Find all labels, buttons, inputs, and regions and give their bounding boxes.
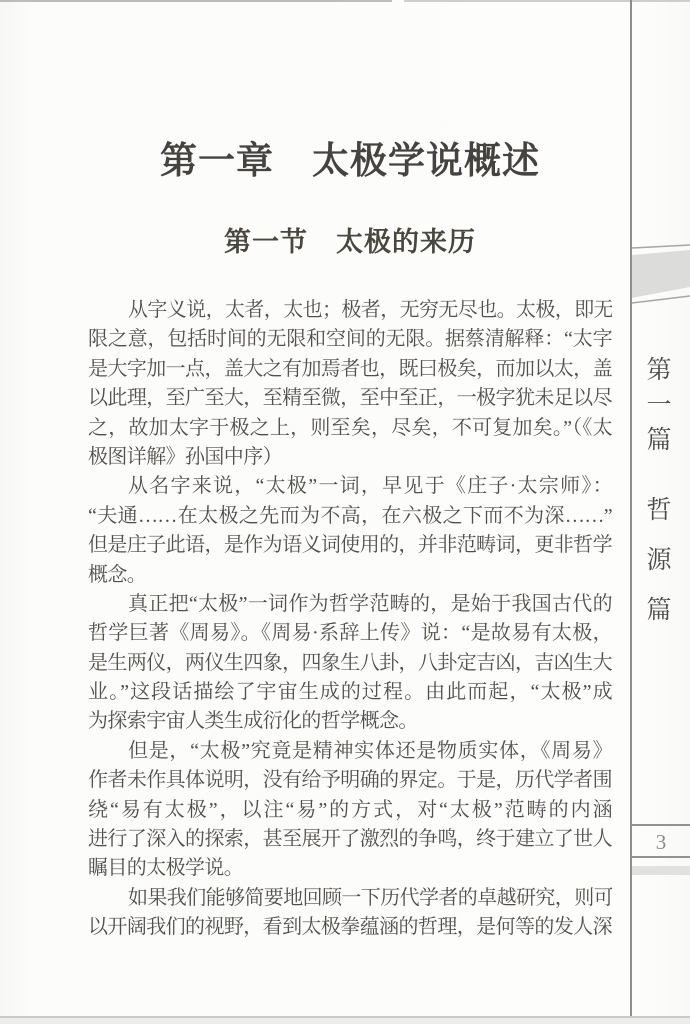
page-top-edge [404, 0, 690, 2]
part-label-char: 哲 [645, 498, 673, 524]
margin-divider-line [630, 0, 632, 1016]
margin-decoration-band [632, 243, 690, 305]
page-number-bar [632, 866, 690, 875]
body-text-line: 之，故加太字于极之上，则至矣，尽矣，不可复加矣。”（《太 [88, 414, 612, 443]
body-text: 从字义说，太者，太也；极者，无穷无尽也。太极，即无限之意，包括时间的无限和空间的… [88, 296, 612, 943]
body-text-line: 绕“易有太极”，以注“易”的方式，对“太极”范畴的内涵 [88, 796, 612, 825]
part-label-char: 篇 [645, 428, 673, 454]
page-number: 3 [632, 828, 690, 856]
section-title: 第一节 太极的来历 [88, 220, 612, 259]
page-number-rule-top [632, 824, 690, 826]
page-bottom-shadow [0, 1018, 690, 1024]
body-text-line: 为探索宇宙人类生成衍化的哲学概念。 [88, 707, 612, 736]
part-label-char: 源 [645, 548, 673, 574]
body-text-line: 极图详解》孙国中序） [88, 443, 612, 472]
body-text-line: 作者未作具体说明，没有给予明确的界定。于是，历代学者围 [88, 766, 612, 795]
body-text-line: 以开阔我们的视野，看到太极拳蕴涵的哲理，是何等的发人深 [88, 913, 612, 942]
body-text-line: 如果我们能够简要地回顾一下历代学者的卓越研究，则可 [88, 884, 612, 913]
body-text-line: 业。”这段话描绘了宇宙生成的过程。由此而起，“太极”成 [88, 678, 612, 707]
body-text-line: 进行了深入的探索，甚至展开了激烈的争鸣，终于建立了世人 [88, 825, 612, 854]
part-label-char: 篇 [645, 598, 673, 624]
body-text-line: 以此理，至广至大，至精至微，至中至正，一极字犹未足以尽 [88, 384, 612, 413]
body-text-line: 瞩目的太极学说。 [88, 854, 612, 883]
body-text-line: “夫通……在太极之先而为不高，在六极之下而不为深……” [88, 502, 612, 531]
body-text-line: 真正把“太极”一词作为哲学范畴的，是始于我国古代的 [88, 590, 612, 619]
body-text-line: 但是，“太极”究竟是精神实体还是物质实体，《周易》 [88, 737, 612, 766]
part-label-vertical: 第一篇哲源篇 [645, 358, 673, 624]
body-text-line: 但是庄子此语，是作为语义词使用的，并非范畴词，更非哲学 [88, 531, 612, 560]
body-text-line: 哲学巨著《周易》。《周易·系辞上传》说：“是故易有太极， [88, 619, 612, 648]
body-text-line: 概念。 [88, 561, 612, 590]
chapter-title: 第一章 太极学说概述 [88, 130, 612, 184]
body-text-line: 是生两仪，两仪生四象，四象生八卦，八卦定吉凶，吉凶生大 [88, 649, 612, 678]
part-label-char: 一 [645, 393, 673, 419]
body-text-line: 是大字加一点，盖大之有加焉者也，既曰极矣，而加以太，盖 [88, 355, 612, 384]
part-label-char: 第 [645, 358, 673, 384]
body-text-line: 从名字来说，“太极”一词，早见于《庄子·太宗师》： [88, 472, 612, 501]
book-page: 第一章 太极学说概述 第一节 太极的来历 从字义说，太者，太也；极者，无穷无尽也… [0, 0, 690, 1024]
page-top-edge [0, 0, 392, 2]
body-text-line: 从字义说，太者，太也；极者，无穷无尽也。太极，即无 [88, 296, 612, 325]
page-number-rule-bottom [632, 856, 690, 858]
body-text-line: 限之意，包括时间的无限和空间的无限。据蔡清解释：“太字 [88, 325, 612, 354]
